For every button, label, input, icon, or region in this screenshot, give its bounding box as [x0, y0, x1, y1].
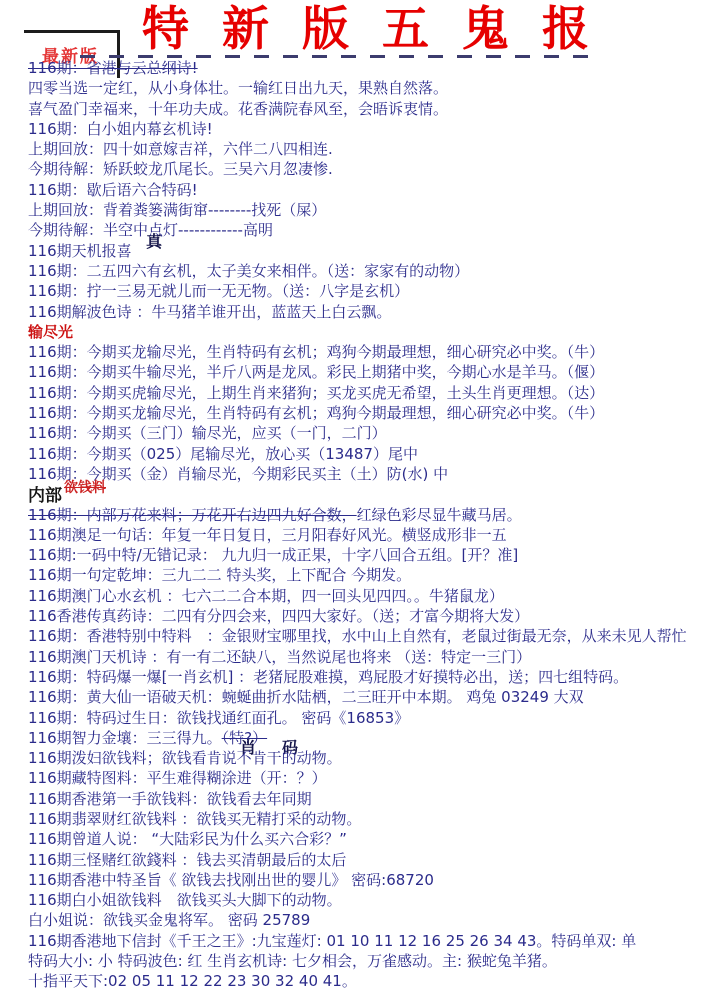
- overprint-char: 真: [146, 232, 162, 252]
- text-line: 116期澳门天机诗 ：有一有二还缺八，当然说尾也将来 （送：特定一三门）: [28, 647, 718, 667]
- text-line: 116期香港地下信封《千王之王》:九宝莲灯: 01 10 11 12 16 25…: [28, 931, 718, 951]
- section-header-black-overprint: 内部: [28, 486, 62, 506]
- tianji-report-line: 116期天机报喜真: [28, 241, 718, 261]
- text-line: 116期：今期买（025）尾输尽光，放心买（13487）尾中: [28, 444, 718, 464]
- text-line: 四零当选一定红，从小身体壮。一输红日出九天，果熟自然落。: [28, 78, 718, 98]
- text-line: 116期：今期买（三门）输尽光，应买（一门，二门）: [28, 423, 718, 443]
- five-ghost-report-page: 最新版 特新版五鬼报 116期：省港与云总纲诗!四零当选一定红，从小身体壮。一输…: [0, 0, 722, 994]
- text-line: 今期待解：半空中点灯------------高明: [28, 220, 718, 240]
- text-line: 116期：今期买龙输尽光，生肖特码有玄机；鸡狗今期最理想，细心研究必中奖。（牛）: [28, 342, 718, 362]
- text-line: 116期：特码爆一爆[一肖玄机] ：老猪屁股难摸，鸡屁股才好摸特必出，送；四七组…: [28, 667, 718, 687]
- section-header-yuqianliao-neibu: 内部欲钱料: [28, 484, 718, 504]
- text-line: 116期：拧一三易无就儿而一无无物。（送：八字是玄机）: [28, 281, 718, 301]
- text-line: 116期澳门心水玄机 ：七六二二合本期，四一回头见四四。。牛猪鼠龙）: [28, 586, 718, 606]
- text-line: 116期一句定乾坤：三九二二 特头奖，上下配合 今期发。: [28, 565, 718, 585]
- text-segment: 116期：省港与云总纲诗!: [28, 59, 198, 77]
- text-line: 白小姐说：欲钱买金鬼将军。 密码 25789: [28, 910, 718, 930]
- text-line: 上期回放：背着粪篓满街窜--------找死（屎）: [28, 200, 718, 220]
- section-header-shujinguang: 输尽光: [28, 322, 718, 342]
- text-line: 116期解波色诗 ：牛马猪羊谁开出，蓝蓝天上白云飘。: [28, 302, 718, 322]
- text-line: 特码大小: 小 特码波色: 红 生肖玄机诗: 七夕相会，万雀感动。主: 猴蛇兔羊…: [28, 951, 718, 971]
- text-line: 116期三怪赌红欲錢料 ：钱去买清朝最后的太后: [28, 850, 718, 870]
- text-line: 116期：黄大仙一语破天机：蜿蜒曲折水陆栖，二三旺开中本期。 鸡兔 03249 …: [28, 687, 718, 707]
- section-header-red-struck: 欲钱料: [64, 478, 106, 498]
- text-line: 116期翡翠财红欲钱料 ：欲钱买无精打采的动物。: [28, 809, 718, 829]
- text-line: 116期：今期买牛输尽光，半斤八两是龙凤。彩民上期猪中奖，今期心水是羊马。（偃）: [28, 362, 718, 382]
- text-line: 116期：香港特别中特料 ：金银财宝哪里找，水中山上自然有，老鼠过街最无奈，从来…: [28, 626, 718, 646]
- text-line: 116期澳足一句话：年复一年日复日，三月阳春好风光。横竖成形非一五: [28, 525, 718, 545]
- text-line: 十指平天下:02 05 11 12 22 23 30 32 40 41。: [28, 971, 718, 991]
- text-line: 116期：特码过生日：欲钱找通红面孔。 密码《16853》: [28, 708, 718, 728]
- xiehouyu-title: 116期：歇后语六合特码!: [28, 180, 718, 200]
- baixiaojie-poem-title: 116期：白小姐内幕玄机诗!: [28, 119, 718, 139]
- text-line: 116期：今期买（金）肖输尽光，今期彩民买主（土）防(水) 中: [28, 464, 718, 484]
- text-line: 116期：今期买龙输尽光，生肖特码有玄机；鸡狗今期最理想，细心研究必中奖。（牛）: [28, 403, 718, 423]
- zonggang-poem-title: 116期：省港与云总纲诗!: [28, 58, 718, 78]
- text-line: 116期：内部万花来料；万花开右边四九好合数，红绿色彩尽显牛藏马居。: [28, 505, 718, 525]
- text-line: 今期待解：矫跃蛟龙爪尾长。三吴六月忽凄惨.: [28, 159, 718, 179]
- text-line: 上期回放：四十如意嫁吉祥，六伴二八四相连.: [28, 139, 718, 159]
- text-line: 116期:一码中特/无错记录： 九九归一成正果，十字八回合五组。[开？准]: [28, 545, 718, 565]
- text-line: 116期香港中特圣旨《 欲钱去找刚出世的婴儿》 密码:68720: [28, 870, 718, 890]
- text-line: 116期：二五四六有玄机，太子美女来相伴。（送：家家有的动物）: [28, 261, 718, 281]
- text-line: 116期曾道人说： “大陆彩民为什么买六合彩？”: [28, 829, 718, 849]
- text-line: 116期：今期买虎输尽光，上期生肖来猪狗；买龙买虎无希望，土头生肖更理想。（达）: [28, 383, 718, 403]
- text-line: 116期香港第一手欲钱料：欲钱看去年同期: [28, 789, 718, 809]
- text-segment: 116期：内部万花来料；万花开右边四九好合数，: [28, 506, 357, 524]
- text-line: 116期藏特图料：平生难得糊涂进（开：？）: [28, 768, 718, 788]
- zhili-jinrang-line: 116期智力金壤：三三得九。（特?）肖码: [28, 728, 718, 748]
- page-title: 特新版五鬼报: [142, 0, 622, 59]
- text-segment: 红绿色彩尽显牛藏马居。: [357, 506, 522, 524]
- text-line: 116期白小姐欲钱料 欲钱买头大脚下的动物。: [28, 890, 718, 910]
- text-segment: 116期智力金壤：三三得九。: [28, 729, 222, 747]
- report-body: 116期：省港与云总纲诗!四零当选一定红，从小身体壮。一输红日出九天，果熟自然落…: [28, 58, 718, 992]
- text-line: 116香港传真药诗：二四有分四会来，四四大家好。（送；才富今期将大发）: [28, 606, 718, 626]
- text-line: 116期泼妇欲钱料；欲钱看肯说不肯干的动物。: [28, 748, 718, 768]
- text-line: 喜气盈门幸福来，十年功夫成。花香满院春风至，会晤诉衷情。: [28, 99, 718, 119]
